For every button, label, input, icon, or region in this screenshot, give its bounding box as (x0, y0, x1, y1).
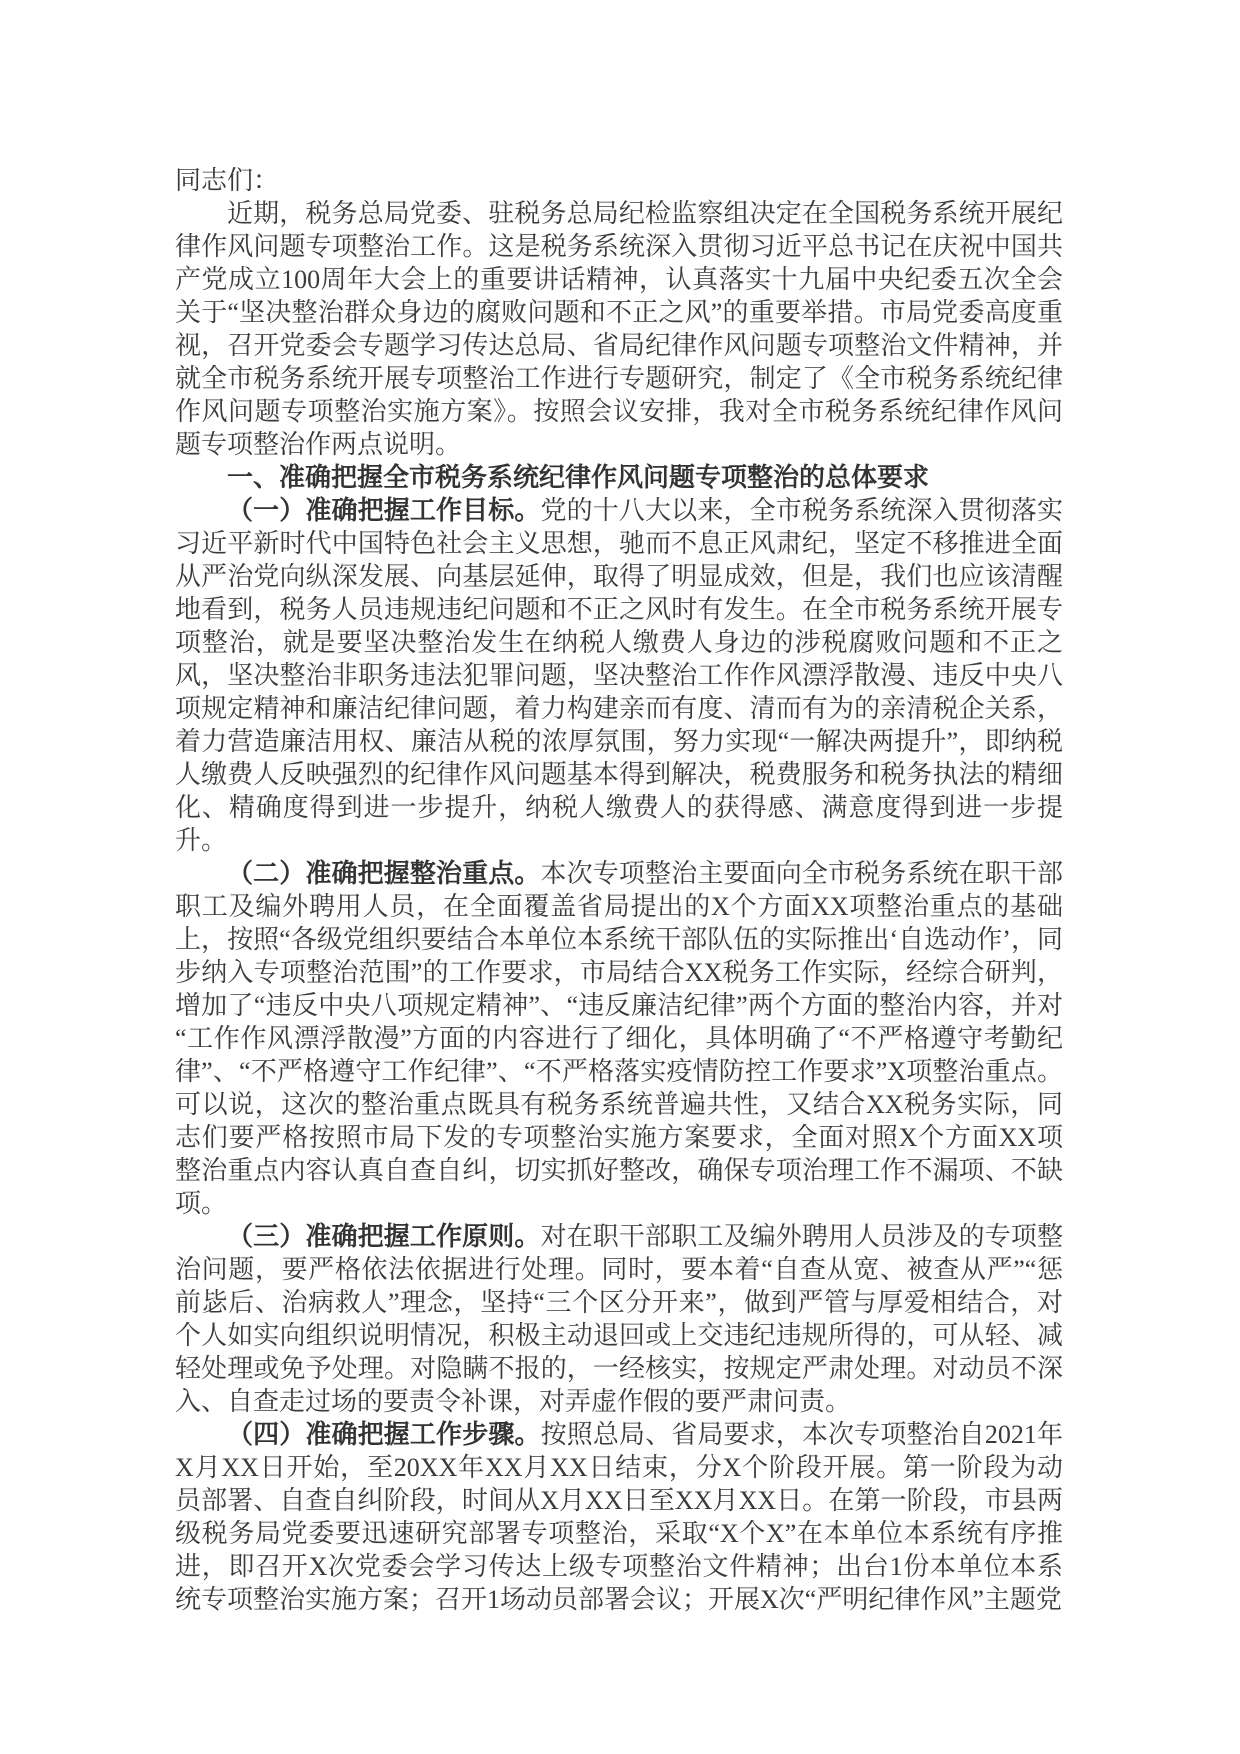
item-paragraph-3: （三）准确把握工作原则。对在职干部职工及编外聘用人员涉及的专项整治问题，要严格依… (175, 1220, 1063, 1418)
item-4-lead: （四）准确把握工作步骤。 (227, 1420, 541, 1449)
document-page: 同志们： 近期，税务总局党委、驻税务总局纪检监察组决定在全国税务系统开展纪律作风… (0, 0, 1240, 1754)
document-content: 同志们： 近期，税务总局党委、驻税务总局纪检监察组决定在全国税务系统开展纪律作风… (175, 164, 1063, 1616)
section-1-heading: 一、准确把握全市税务系统纪律作风问题专项整治的总体要求 (175, 461, 1063, 494)
item-1-lead: （一）准确把握工作目标。 (227, 496, 541, 525)
item-paragraph-2: （二）准确把握整治重点。本次专项整治主要面向全市税务系统在职干部职工及编外聘用人… (175, 857, 1063, 1220)
intro-paragraph: 近期，税务总局党委、驻税务总局纪检监察组决定在全国税务系统开展纪律作风问题专项整… (175, 197, 1063, 461)
item-2-lead: （二）准确把握整治重点。 (227, 859, 541, 888)
item-3-lead: （三）准确把握工作原则。 (227, 1222, 541, 1251)
item-paragraph-4: （四）准确把握工作步骤。按照总局、省局要求，本次专项整治自2021年X月XX日开… (175, 1418, 1063, 1616)
item-2-body: 本次专项整治主要面向全市税务系统在职干部职工及编外聘用人员，在全面覆盖省局提出的… (175, 859, 1063, 1218)
item-4-body: 按照总局、省局要求，本次专项整治自2021年X月XX日开始，至20XX年XX月X… (175, 1420, 1063, 1614)
item-paragraph-1: （一）准确把握工作目标。党的十八大以来，全市税务系统深入贯彻落实习近平新时代中国… (175, 494, 1063, 857)
item-3-body: 对在职干部职工及编外聘用人员涉及的专项整治问题，要严格依法依据进行处理。同时，要… (175, 1222, 1063, 1416)
salutation: 同志们： (175, 164, 1063, 197)
item-1-body: 党的十八大以来，全市税务系统深入贯彻落实习近平新时代中国特色社会主义思想，驰而不… (175, 496, 1063, 855)
